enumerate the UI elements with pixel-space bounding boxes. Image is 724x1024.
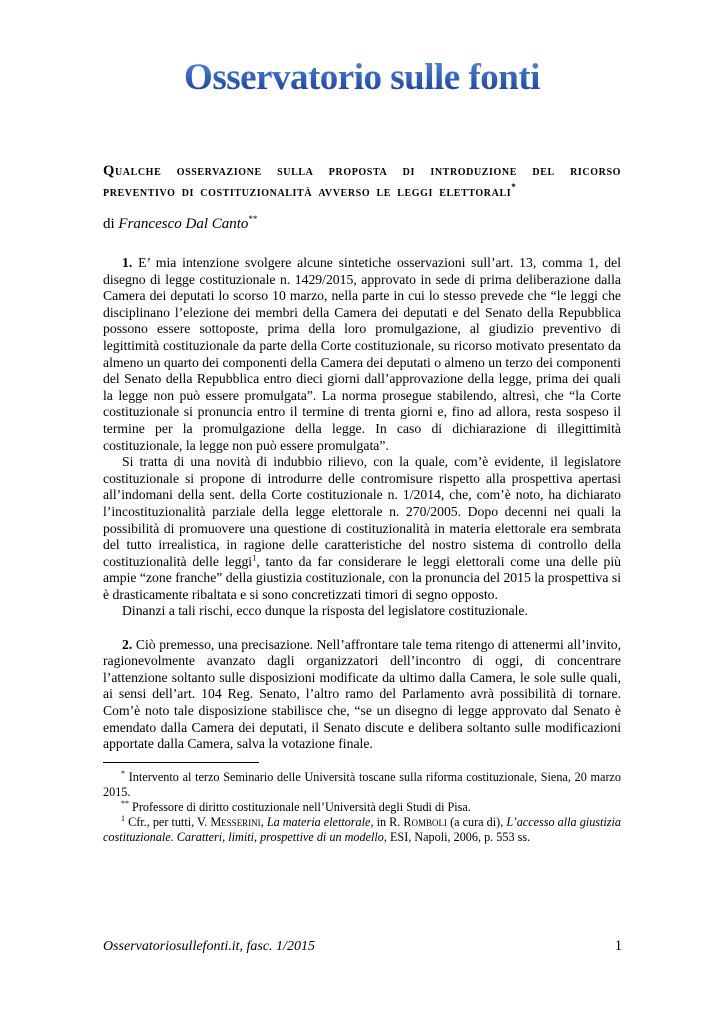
footnote-double-star-text: Professore di diritto costituzionale nel…	[132, 800, 471, 814]
paragraph-1-number: 1.	[122, 255, 132, 270]
paragraph-2-text-a: Si tratta di una novità di indubbio rili…	[103, 454, 621, 569]
paragraph-4-text: Ciò premesso, una precisazione. Nell’aff…	[103, 637, 621, 752]
footnote-1-text-a: Cfr., per tutti, V.	[128, 815, 210, 829]
paragraph-1: 1. E’ mia intenzione svolgere alcune sin…	[103, 255, 621, 454]
byline: di Francesco Dal Canto**	[103, 215, 621, 234]
masthead: Osservatorio sulle fonti	[0, 0, 724, 99]
article-title: Qualche osservazione sulla proposta di i…	[103, 161, 621, 202]
footnote-double-star-marker: **	[121, 799, 129, 808]
paragraph-3-text: Dinanzi a tali rischi, ecco dunque la ri…	[122, 603, 528, 618]
title-footnote-ref: *	[511, 182, 516, 192]
paragraph-1-text: E’ mia intenzione svolgere alcune sintet…	[103, 255, 621, 453]
author-footnote-ref: **	[248, 214, 257, 224]
footnote-1-marker: 1	[121, 814, 125, 823]
author-name: Francesco Dal Canto	[118, 216, 248, 232]
paragraph-4-number: 2.	[122, 637, 132, 652]
article-body: 1. E’ mia intenzione svolgere alcune sin…	[103, 255, 621, 753]
journal-logo: Osservatorio sulle fonti	[184, 56, 540, 99]
paragraph-4: 2. Ciò premesso, una precisazione. Nell’…	[103, 637, 621, 753]
footnotes: * Intervento al terzo Seminario delle Un…	[103, 762, 621, 845]
paragraph-3: Dinanzi a tali rischi, ecco dunque la ri…	[103, 603, 621, 620]
footnote-1-author-romboli: Romboli	[403, 815, 447, 829]
page-footer: Osservatoriosullefonti.it, fasc. 1/2015 …	[103, 938, 622, 955]
footnote-star-text: Intervento al terzo Seminario delle Univ…	[103, 770, 621, 799]
footnote-1: 1 Cfr., per tutti, V. Messerini, La mate…	[103, 815, 621, 845]
footnote-1-work-title: La materia elettorale	[267, 815, 371, 829]
footnote-star: * Intervento al terzo Seminario delle Un…	[103, 770, 621, 800]
footnote-1-text-d: (a cura di),	[447, 815, 506, 829]
footer-journal-ref: Osservatoriosullefonti.it, fasc. 1/2015	[103, 938, 315, 955]
footnote-star-marker: *	[121, 769, 125, 778]
footnote-double-star: ** Professore di diritto costituzionale …	[103, 800, 621, 815]
footnote-1-author-messerini: Messerini	[210, 815, 260, 829]
byline-prefix: di	[103, 216, 118, 232]
article-header: Qualche osservazione sulla proposta di i…	[103, 161, 621, 234]
page-number: 1	[615, 938, 622, 955]
footnote-1-text-e: , ESI, Napoli, 2006, p. 553 ss.	[384, 830, 530, 844]
article-title-text: Qualche osservazione sulla proposta di i…	[103, 163, 621, 200]
document-page: Osservatorio sulle fonti Qualche osserva…	[0, 0, 724, 1024]
footnote-separator	[103, 762, 259, 763]
paragraph-2: Si tratta di una novità di indubbio rili…	[103, 454, 621, 603]
footnote-1-text-c: , in R.	[370, 815, 403, 829]
